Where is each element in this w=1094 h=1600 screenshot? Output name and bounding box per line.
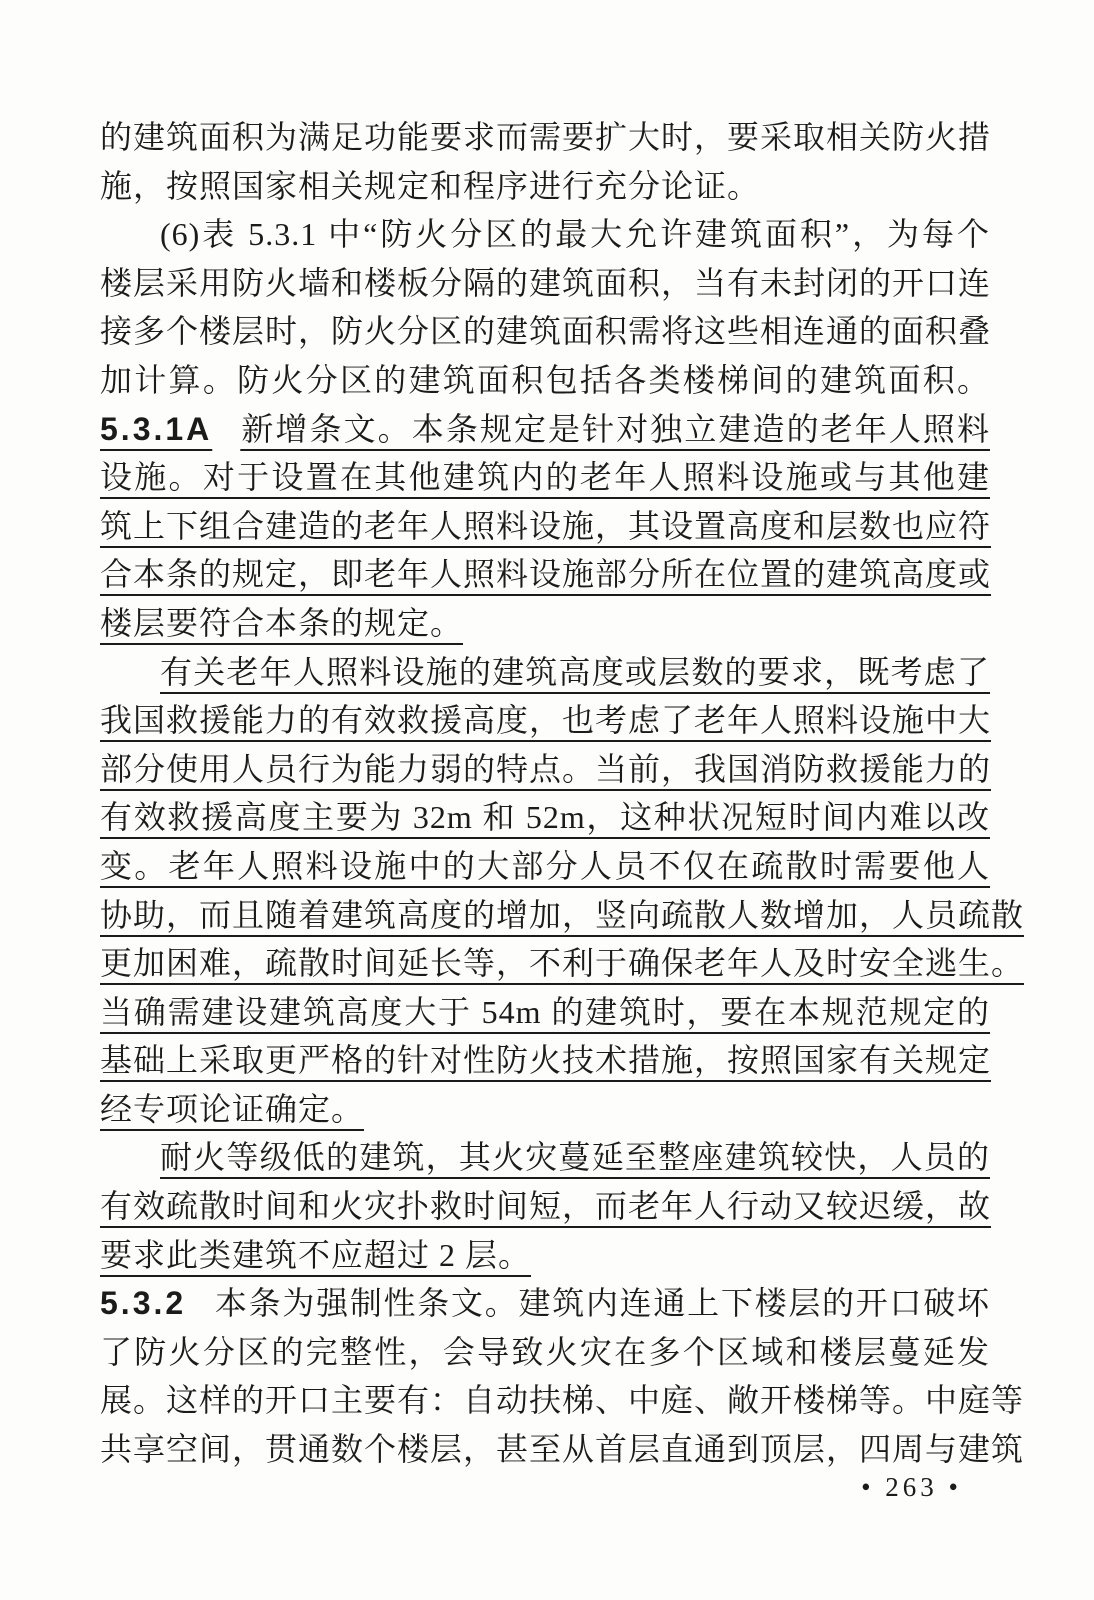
underlined-text-run: 当确需建设建筑高度大于 54m 的建筑时，要在本规范规定的: [100, 994, 990, 1030]
underlined-text-run: 5.3.1A新增条文。本条规定是针对独立建造的老年人照料: [100, 411, 990, 447]
line-text: 当确需建设建筑高度大于 54m 的建筑时，要在本规范规定的: [100, 994, 990, 1030]
line-text: 合本条的规定，即老年人照料设施部分所在位置的建筑高度或: [100, 556, 991, 592]
text-line: 有效救援高度主要为 32m 和 52m，这种状况短时间内难以改: [100, 793, 990, 842]
underlined-text-run: 基础上采取更严格的针对性防火技术措施，按照国家有关规定: [100, 1042, 991, 1078]
text-line: 楼层要符合本条的规定。: [100, 599, 990, 648]
line-text: 接多个楼层时，防火分区的建筑面积需将这些相连通的面积叠: [100, 313, 991, 349]
text-run: 的建筑面积为满足功能要求而需要扩大时，要采取相关防火措: [100, 119, 991, 155]
text-line: 加计算。防火分区的建筑面积包括各类楼梯间的建筑面积。: [100, 356, 990, 405]
text-line: 协助，而且随着建筑高度的增加，竖向疏散人数增加，人员疏散: [100, 891, 990, 940]
underlined-text-run: 更加困难，疏散时间延长等，不利于确保老年人及时安全逃生。: [100, 945, 1024, 981]
text-run: 加计算。防火分区的建筑面积包括各类楼梯间的建筑面积。: [100, 362, 990, 398]
text-line: 当确需建设建筑高度大于 54m 的建筑时，要在本规范规定的: [100, 988, 990, 1037]
document-page: 的建筑面积为满足功能要求而需要扩大时，要采取相关防火措施，按照国家相关规定和程序…: [0, 0, 1094, 1600]
text-run: 接多个楼层时，防火分区的建筑面积需将这些相连通的面积叠: [100, 313, 991, 349]
text-line: 要求此类建筑不应超过 2 层。: [100, 1231, 990, 1280]
text-line: 楼层采用防火墙和楼板分隔的建筑面积，当有未封闭的开口连: [100, 259, 990, 308]
text-run: 5.3.2本条为强制性条文。建筑内连通上下楼层的开口破坏: [100, 1285, 990, 1321]
text-line: 部分使用人员行为能力弱的特点。当前，我国消防救援能力的: [100, 745, 990, 794]
line-text: 楼层采用防火墙和楼板分隔的建筑面积，当有未封闭的开口连: [100, 265, 991, 301]
text-line: 耐火等级低的建筑，其火灾蔓延至整座建筑较快，人员的: [100, 1133, 990, 1182]
underlined-text-run: 变。老年人照料设施中的大部分人员不仅在疏散时需要他人: [100, 848, 990, 884]
line-text: 要求此类建筑不应超过 2 层。: [100, 1237, 531, 1273]
line-text: 部分使用人员行为能力弱的特点。当前，我国消防救援能力的: [100, 751, 991, 787]
text-line: 5.3.2本条为强制性条文。建筑内连通上下楼层的开口破坏: [100, 1279, 990, 1328]
line-text: 筑上下组合建造的老年人照料设施，其设置高度和层数也应符: [100, 508, 991, 544]
underlined-text-run: 楼层要符合本条的规定。: [100, 605, 463, 641]
text-line: 有效疏散时间和火灾扑救时间短，而老年人行动又较迟缓，故: [100, 1182, 990, 1231]
underlined-text-run: 要求此类建筑不应超过 2 层。: [100, 1237, 531, 1273]
text-line: 共享空间，贯通数个楼层，甚至从首层直通到顶层，四周与建筑: [100, 1425, 990, 1474]
line-text: 有效疏散时间和火灾扑救时间短，而老年人行动又较迟缓，故: [100, 1188, 991, 1224]
line-text: 经专项论证确定。: [100, 1091, 364, 1127]
underlined-text-run: 有效疏散时间和火灾扑救时间短，而老年人行动又较迟缓，故: [100, 1188, 991, 1224]
section-number: 5.3.2: [100, 1285, 214, 1321]
line-text: 更加困难，疏散时间延长等，不利于确保老年人及时安全逃生。: [100, 945, 1024, 981]
underlined-text-run: 合本条的规定，即老年人照料设施部分所在位置的建筑高度或: [100, 556, 991, 592]
line-text: 加计算。防火分区的建筑面积包括各类楼梯间的建筑面积。: [100, 362, 990, 398]
underlined-text-run: 有效救援高度主要为 32m 和 52m，这种状况短时间内难以改: [100, 799, 990, 835]
underlined-text-run: 协助，而且随着建筑高度的增加，竖向疏散人数增加，人员疏散: [100, 897, 1024, 933]
underlined-text-run: 我国救援能力的有效救援高度，也考虑了老年人照料设施中大: [100, 702, 991, 738]
line-text: 基础上采取更严格的针对性防火技术措施，按照国家有关规定: [100, 1042, 991, 1078]
underlined-text-run: 耐火等级低的建筑，其火灾蔓延至整座建筑较快，人员的: [160, 1139, 990, 1175]
text-line: 我国救援能力的有效救援高度，也考虑了老年人照料设施中大: [100, 696, 990, 745]
text-line: 合本条的规定，即老年人照料设施部分所在位置的建筑高度或: [100, 550, 990, 599]
text-line: 的建筑面积为满足功能要求而需要扩大时，要采取相关防火措: [100, 113, 990, 162]
underlined-text-run: 部分使用人员行为能力弱的特点。当前，我国消防救援能力的: [100, 751, 991, 787]
line-text: 楼层要符合本条的规定。: [100, 605, 463, 641]
text-line: (6)表 5.3.1 中“防火分区的最大允许建筑面积”，为每个: [100, 210, 990, 259]
line-text: 协助，而且随着建筑高度的增加，竖向疏散人数增加，人员疏散: [100, 897, 1024, 933]
line-text: 变。老年人照料设施中的大部分人员不仅在疏散时需要他人: [100, 848, 990, 884]
line-text: 耐火等级低的建筑，其火灾蔓延至整座建筑较快，人员的: [160, 1139, 990, 1175]
line-text: 新增条文。本条规定是针对独立建造的老年人照料: [240, 411, 990, 447]
text-line: 施，按照国家相关规定和程序进行充分论证。: [100, 162, 990, 211]
text-line: 接多个楼层时，防火分区的建筑面积需将这些相连通的面积叠: [100, 307, 990, 356]
text-line: 展。这样的开口主要有：自动扶梯、中庭、敞开楼梯等。中庭等: [100, 1376, 990, 1425]
page-number: • 263 •: [861, 1472, 962, 1503]
underlined-text-run: 经专项论证确定。: [100, 1091, 364, 1127]
line-text: 展。这样的开口主要有：自动扶梯、中庭、敞开楼梯等。中庭等: [100, 1382, 1024, 1418]
text-line: 更加困难，疏散时间延长等，不利于确保老年人及时安全逃生。: [100, 939, 990, 988]
text-line: 有关老年人照料设施的建筑高度或层数的要求，既考虑了: [100, 648, 990, 697]
text-line: 5.3.1A新增条文。本条规定是针对独立建造的老年人照料: [100, 405, 990, 454]
line-text: 有关老年人照料设施的建筑高度或层数的要求，既考虑了: [160, 654, 990, 690]
text-run: 共享空间，贯通数个楼层，甚至从首层直通到顶层，四周与建筑: [100, 1431, 1024, 1467]
text-line: 经专项论证确定。: [100, 1085, 990, 1134]
line-text: 我国救援能力的有效救援高度，也考虑了老年人照料设施中大: [100, 702, 991, 738]
text-run: 了防火分区的完整性，会导致火灾在多个区域和楼层蔓延发: [100, 1334, 990, 1370]
underlined-text-run: 有关老年人照料设施的建筑高度或层数的要求，既考虑了: [160, 654, 990, 690]
line-text: 设施。对于设置在其他建筑内的老年人照料设施或与其他建: [100, 459, 990, 495]
section-number: 5.3.1A: [100, 411, 240, 447]
line-text: 有效救援高度主要为 32m 和 52m，这种状况短时间内难以改: [100, 799, 990, 835]
text-run: 施，按照国家相关规定和程序进行充分论证。: [100, 168, 760, 204]
text-line: 变。老年人照料设施中的大部分人员不仅在疏散时需要他人: [100, 842, 990, 891]
text-run: 楼层采用防火墙和楼板分隔的建筑面积，当有未封闭的开口连: [100, 265, 991, 301]
page-text: 的建筑面积为满足功能要求而需要扩大时，要采取相关防火措施，按照国家相关规定和程序…: [100, 113, 990, 1474]
line-text: 本条为强制性条文。建筑内连通上下楼层的开口破坏: [214, 1285, 990, 1321]
text-line: 筑上下组合建造的老年人照料设施，其设置高度和层数也应符: [100, 502, 990, 551]
text-run: (6)表 5.3.1 中“防火分区的最大允许建筑面积”，为每个: [160, 216, 990, 252]
underlined-text-run: 筑上下组合建造的老年人照料设施，其设置高度和层数也应符: [100, 508, 991, 544]
underlined-text-run: 设施。对于设置在其他建筑内的老年人照料设施或与其他建: [100, 459, 990, 495]
text-line: 基础上采取更严格的针对性防火技术措施，按照国家有关规定: [100, 1036, 990, 1085]
line-text: 了防火分区的完整性，会导致火灾在多个区域和楼层蔓延发: [100, 1334, 990, 1370]
line-text: 共享空间，贯通数个楼层，甚至从首层直通到顶层，四周与建筑: [100, 1431, 1024, 1467]
text-line: 设施。对于设置在其他建筑内的老年人照料设施或与其他建: [100, 453, 990, 502]
line-text: (6)表 5.3.1 中“防火分区的最大允许建筑面积”，为每个: [160, 216, 990, 252]
line-text: 施，按照国家相关规定和程序进行充分论证。: [100, 168, 760, 204]
line-text: 的建筑面积为满足功能要求而需要扩大时，要采取相关防火措: [100, 119, 991, 155]
text-run: 展。这样的开口主要有：自动扶梯、中庭、敞开楼梯等。中庭等: [100, 1382, 1024, 1418]
text-line: 了防火分区的完整性，会导致火灾在多个区域和楼层蔓延发: [100, 1328, 990, 1377]
